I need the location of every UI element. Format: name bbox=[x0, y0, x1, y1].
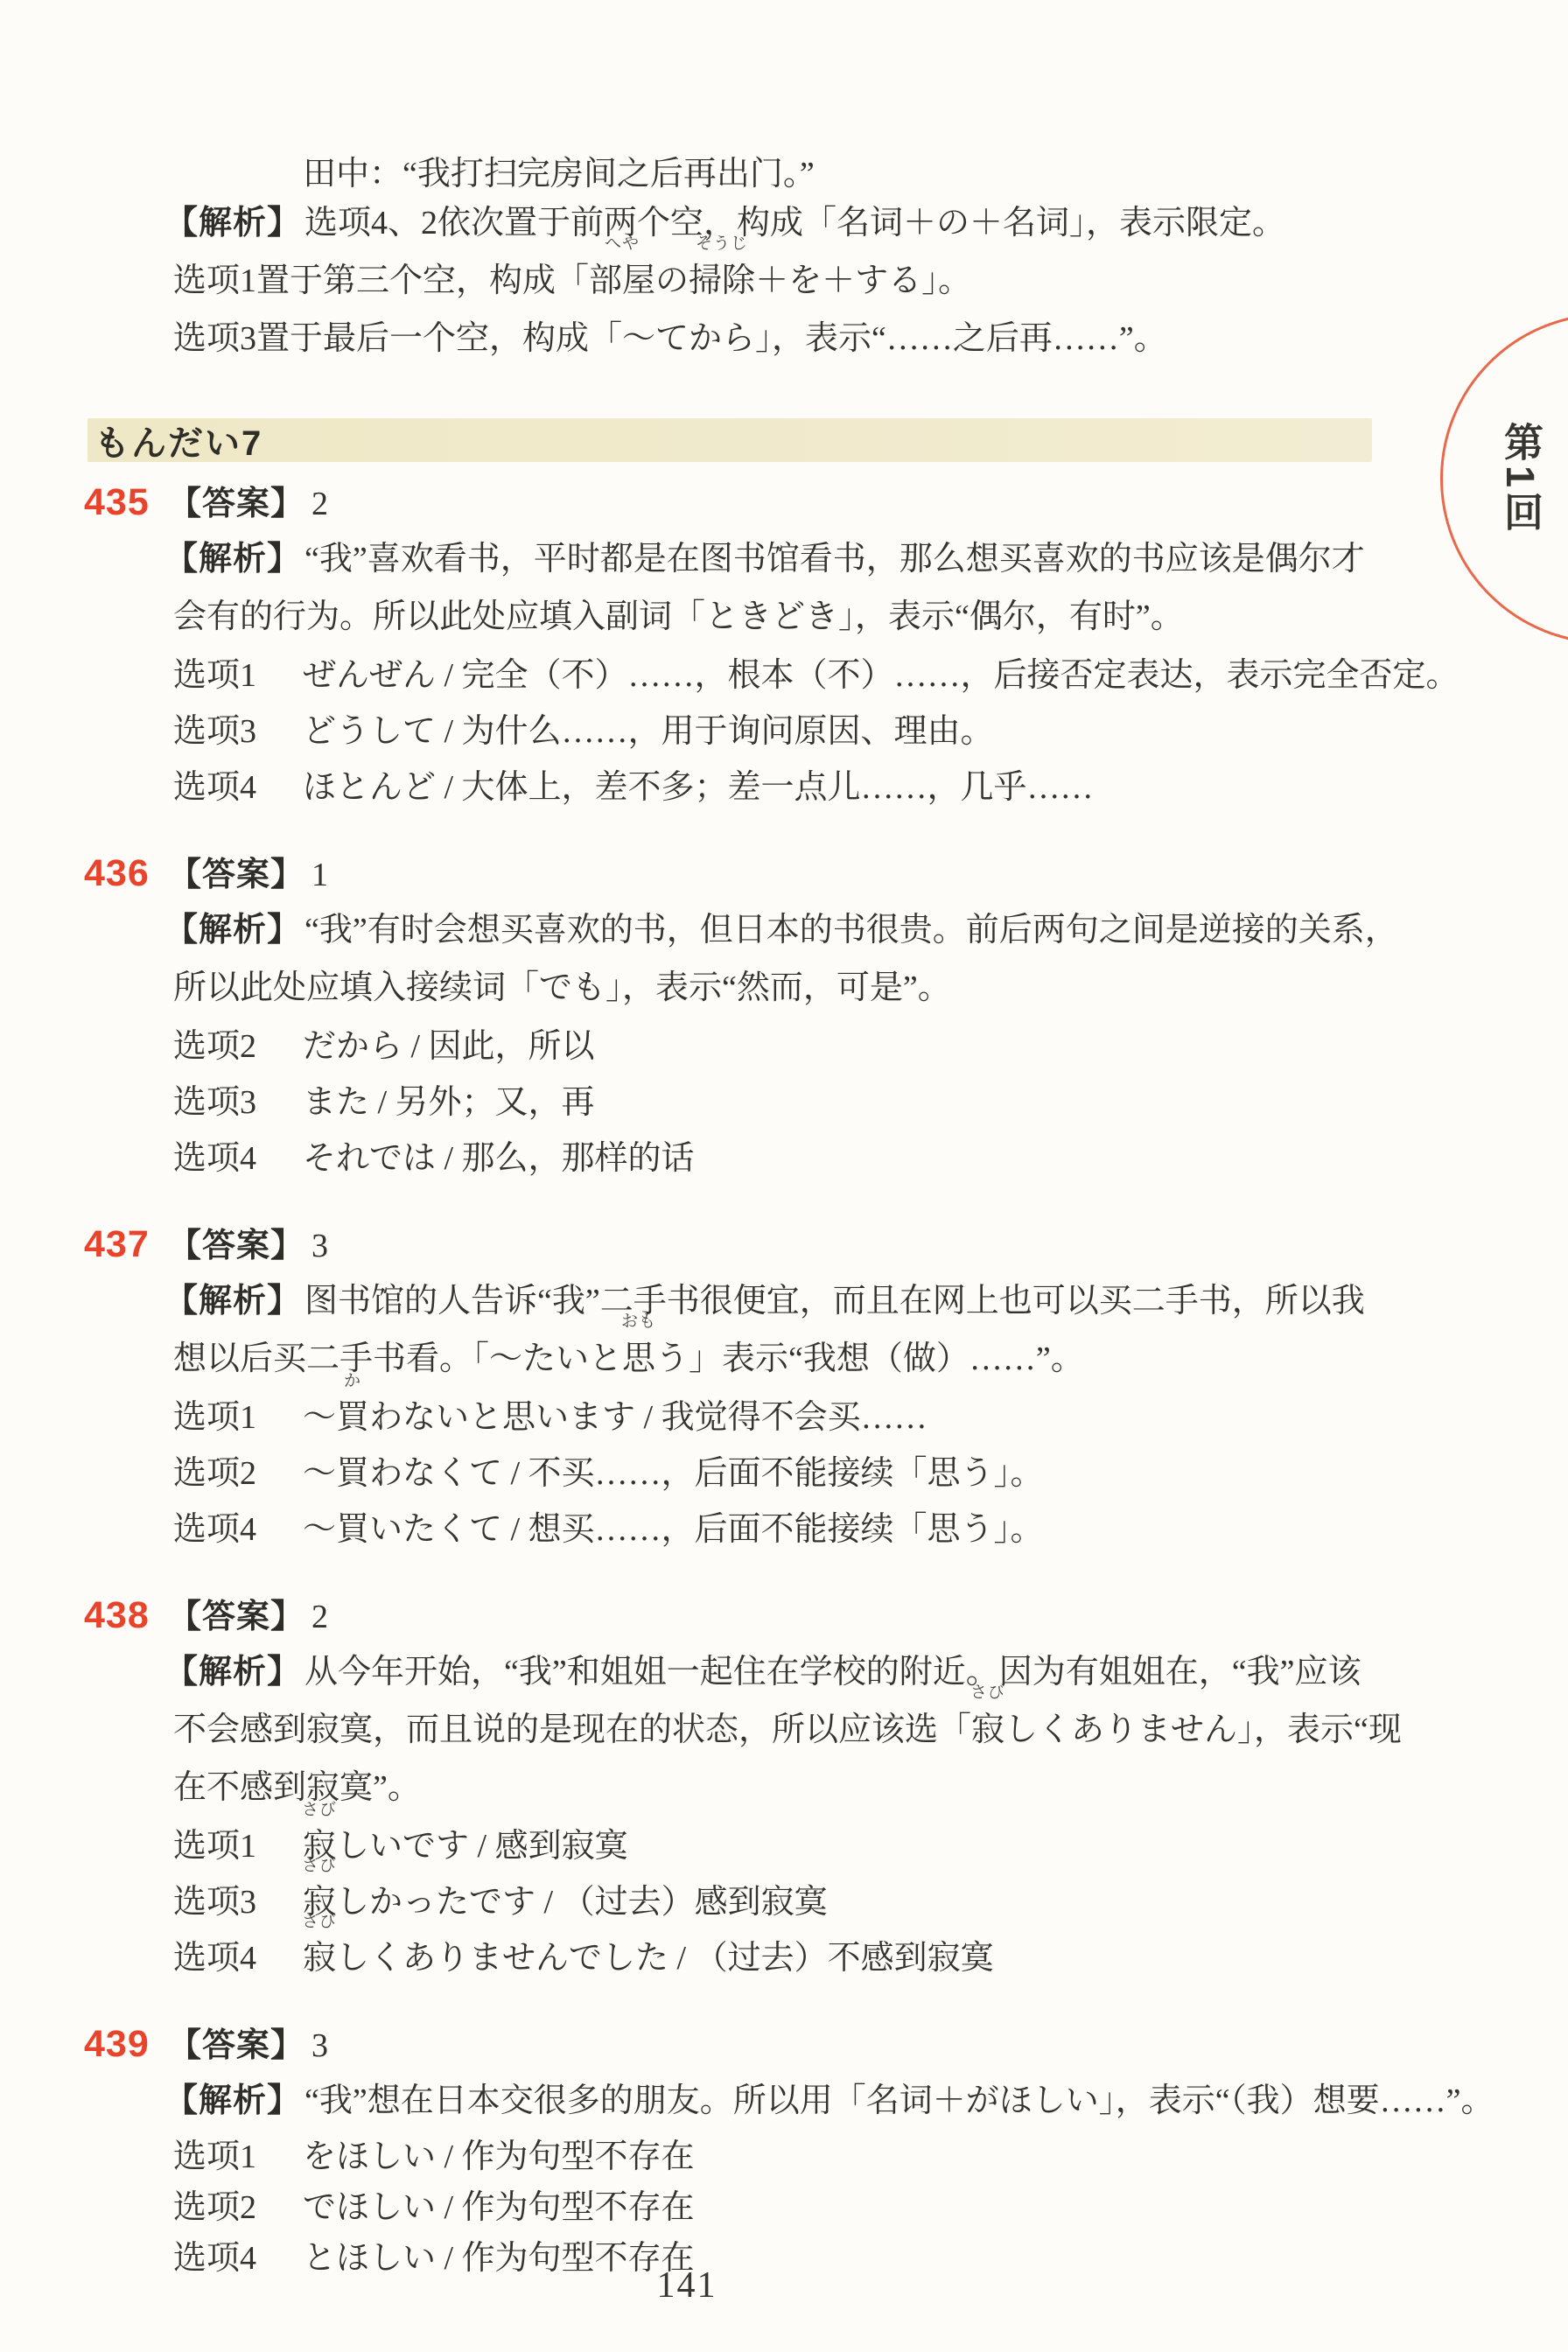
option-label: 选项2 bbox=[173, 1445, 303, 1501]
answer-value: 2 bbox=[311, 1599, 328, 1635]
answer-item: 437 【答案】3 【解析】图书馆的人告诉“我”二手书很便宜，而且在网上也可以买… bbox=[87, 1225, 1452, 1557]
answer-row: 439 【答案】3 bbox=[87, 2025, 1452, 2067]
analysis-line: 选项1置于第三个空，构成「部屋へやの掃除そうじ＋を＋する」。 bbox=[87, 252, 1452, 310]
analysis-line: 【解析】选项4、2依次置于前两个空，构成「名词＋の＋名词」，表示限定。 bbox=[87, 194, 1452, 252]
analysis-block: 【解析】从今年开始，“我”和姐姐一起住在学校的附近。因为有姐姐在，“我”应该不会… bbox=[87, 1643, 1452, 1816]
option-row: 选项2だから / 因此，所以 bbox=[87, 1018, 1452, 1074]
option-text: どうして / 为什么……，用于询问原因、理由。 bbox=[303, 713, 994, 750]
answer-row: 436 【答案】1 bbox=[87, 854, 1452, 896]
analysis-line: 会有的行为。所以此处应填入副词「ときどき」，表示“偶尔，有时”。 bbox=[87, 588, 1452, 646]
option-label: 选项1 bbox=[173, 647, 303, 703]
furigana: さび bbox=[302, 1802, 337, 1818]
answer-label: 【答案】 bbox=[168, 1228, 304, 1264]
option-label: 选项2 bbox=[173, 1018, 303, 1074]
analysis-line: 【解析】“我”想在日本交很多的朋友。所以用「名词＋がほしい」，表示“（我）想要…… bbox=[87, 2072, 1452, 2130]
options-block: 选项1寂さびしいです / 感到寂寞选项3寂さびしかったです / （过去）感到寂寞… bbox=[87, 1818, 1452, 1986]
page-number: 141 bbox=[0, 2264, 1374, 2306]
answer-label: 【答案】 bbox=[168, 1599, 304, 1635]
ruby-base: 思おも bbox=[622, 1330, 655, 1388]
analysis-block: 【解析】“我”有时会想买喜欢的书，但日本的书很贵。前后两句之间是逆接的关系，所以… bbox=[87, 901, 1452, 1017]
answer-item: 436 【答案】1 【解析】“我”有时会想买喜欢的书，但日本的书很贵。前后两句之… bbox=[87, 854, 1452, 1186]
intro-analysis: 【解析】选项4、2依次置于前两个空，构成「名词＋の＋名词」，表示限定。选项1置于… bbox=[87, 194, 1452, 367]
option-row: 选项1～買かわないと思います / 我觉得不会买…… bbox=[87, 1389, 1452, 1445]
option-row: 选项4ほとんど / 大体上，差不多；差一点儿……，几乎…… bbox=[87, 759, 1452, 815]
ruby-base: 買か bbox=[336, 1389, 369, 1445]
analysis-block: 【解析】图书馆的人告诉“我”二手书很便宜，而且在网上也可以买二手书，所以我想以后… bbox=[87, 1272, 1452, 1388]
options-block: 选项2だから / 因此，所以选项3また / 另外；又，再选项4それでは / 那么… bbox=[87, 1018, 1452, 1186]
option-label: 选项4 bbox=[173, 1130, 303, 1186]
option-text: でほしい / 作为句型不存在 bbox=[303, 2189, 695, 2226]
furigana: さび bbox=[970, 1684, 1005, 1701]
analysis-line: 不会感到寂寞，而且说的是现在的状态，所以应该选「寂さびしくありません」，表示“现 bbox=[87, 1701, 1452, 1759]
option-row: 选项2～買わなくて / 不买……，后面不能接续「思う」。 bbox=[87, 1445, 1452, 1501]
analysis-block: 【解析】“我”喜欢看书，平时都是在图书馆看书，那么想买喜欢的书应该是偶尔才会有的… bbox=[87, 530, 1452, 646]
option-text: また / 另外；又，再 bbox=[303, 1084, 595, 1121]
section-header-bar: もんだい7 bbox=[87, 418, 1372, 462]
options-block: 选项1をほしい / 作为句型不存在选项2でほしい / 作为句型不存在选项4とほし… bbox=[87, 2131, 1452, 2284]
analysis-line: 在不感到寂寞”。 bbox=[87, 1759, 1452, 1816]
option-row: 选项1ぜんぜん / 完全（不）……，根本（不）……，后接否定表达，表示完全否定。 bbox=[87, 647, 1452, 703]
item-number: 437 bbox=[84, 1223, 150, 1265]
page-content: 田中：“我打扫完房间之后再出门。” 【解析】选项4、2依次置于前两个空，构成「名… bbox=[0, 154, 1452, 2284]
answer-value: 2 bbox=[311, 486, 328, 522]
analysis-label: 【解析】 bbox=[164, 1283, 301, 1319]
option-row: 选项1をほしい / 作为句型不存在 bbox=[87, 2131, 1452, 2182]
option-text: ～買いたくて / 想买……，后面不能接续「思う」。 bbox=[303, 1511, 1044, 1548]
analysis-label: 【解析】 bbox=[164, 2082, 301, 2119]
analysis-line: 想以后买二手书看。「～たいと思おもう」表示“我想（做）……”。 bbox=[87, 1330, 1452, 1388]
option-text: ぜんぜん / 完全（不）……，根本（不）……，后接否定表达，表示完全否定。 bbox=[303, 657, 1459, 694]
analysis-line: 【解析】“我”喜欢看书，平时都是在图书馆看书，那么想买喜欢的书应该是偶尔才 bbox=[87, 530, 1452, 588]
analysis-line: 【解析】从今年开始，“我”和姐姐一起住在学校的附近。因为有姐姐在，“我”应该 bbox=[87, 1643, 1452, 1701]
option-row: 选项4それでは / 那么，那样的话 bbox=[87, 1130, 1452, 1186]
option-row: 选项4寂さびしくありませんでした / （过去）不感到寂寞 bbox=[87, 1930, 1452, 1986]
analysis-line: 【解析】“我”有时会想买喜欢的书，但日本的书很贵。前后两句之间是逆接的关系， bbox=[87, 901, 1452, 959]
option-text: 寂さびしかったです / （过去）感到寂寞 bbox=[303, 1884, 828, 1921]
ruby-base: 寂さび bbox=[303, 1930, 336, 1986]
option-text: 寂さびしくありませんでした / （过去）不感到寂寞 bbox=[303, 1940, 994, 1977]
option-label: 选项2 bbox=[173, 2182, 303, 2233]
option-label: 选项4 bbox=[173, 1930, 303, 1986]
furigana: へや bbox=[605, 235, 640, 252]
furigana: さび bbox=[302, 1914, 337, 1930]
book-page: 田中：“我打扫完房间之后再出门。” 【解析】选项4、2依次置于前两个空，构成「名… bbox=[0, 0, 1568, 2352]
item-number: 436 bbox=[84, 852, 150, 894]
intro-block: 田中：“我打扫完房间之后再出门。” 【解析】选项4、2依次置于前两个空，构成「名… bbox=[87, 154, 1452, 367]
dialogue-line: 田中：“我打扫完房间之后再出门。” bbox=[87, 154, 1452, 194]
option-label: 选项4 bbox=[173, 759, 303, 815]
option-row: 选项2でほしい / 作为句型不存在 bbox=[87, 2182, 1452, 2233]
option-text: ほとんど / 大体上，差不多；差一点儿……，几乎…… bbox=[303, 769, 1094, 806]
answer-value: 3 bbox=[311, 2027, 328, 2064]
option-text: ～買わなくて / 不买……，后面不能接续「思う」。 bbox=[303, 1455, 1044, 1492]
furigana: さび bbox=[302, 1858, 337, 1874]
answer-item: 439 【答案】3 【解析】“我”想在日本交很多的朋友。所以用「名词＋がほしい」… bbox=[87, 2025, 1452, 2284]
ruby-base: 部屋へや bbox=[589, 252, 655, 310]
ruby-base: 掃除そうじ bbox=[689, 252, 755, 310]
analysis-block: 【解析】“我”想在日本交很多的朋友。所以用「名词＋がほしい」，表示“（我）想要…… bbox=[87, 2072, 1452, 2130]
analysis-label: 【解析】 bbox=[164, 205, 301, 241]
section-title: もんだい7 bbox=[87, 416, 262, 465]
options-block: 选项1ぜんぜん / 完全（不）……，根本（不）……，后接否定表达，表示完全否定。… bbox=[87, 647, 1452, 815]
answer-row: 438 【答案】2 bbox=[87, 1596, 1452, 1638]
answer-value: 3 bbox=[311, 1228, 328, 1264]
option-label: 选项3 bbox=[173, 703, 303, 759]
answer-items-list: 435 【答案】2 【解析】“我”喜欢看书，平时都是在图书馆看书，那么想买喜欢的… bbox=[87, 483, 1452, 2284]
answer-row: 437 【答案】3 bbox=[87, 1225, 1452, 1267]
furigana: そうじ bbox=[696, 235, 748, 252]
option-row: 选项3寂さびしかったです / （过去）感到寂寞 bbox=[87, 1874, 1452, 1930]
option-row: 选项3どうして / 为什么……，用于询问原因、理由。 bbox=[87, 703, 1452, 759]
option-text: だから / 因此，所以 bbox=[303, 1028, 595, 1065]
option-label: 选项1 bbox=[173, 1389, 303, 1445]
analysis-label: 【解析】 bbox=[164, 1654, 301, 1690]
option-label: 选项1 bbox=[173, 2131, 303, 2182]
item-number: 438 bbox=[84, 1594, 150, 1636]
option-text: をほしい / 作为句型不存在 bbox=[303, 2138, 695, 2175]
answer-label: 【答案】 bbox=[168, 486, 304, 522]
option-label: 选项3 bbox=[173, 1074, 303, 1130]
item-number: 435 bbox=[84, 481, 150, 523]
answer-label: 【答案】 bbox=[168, 2027, 304, 2064]
analysis-label: 【解析】 bbox=[164, 541, 301, 577]
answer-item: 438 【答案】2 【解析】从今年开始，“我”和姐姐一起住在学校的附近。因为有姐… bbox=[87, 1596, 1452, 1986]
analysis-line: 【解析】图书馆的人告诉“我”二手书很便宜，而且在网上也可以买二手书，所以我 bbox=[87, 1272, 1452, 1330]
option-text: それでは / 那么，那样的话 bbox=[303, 1140, 695, 1177]
options-block: 选项1～買かわないと思います / 我觉得不会买……选项2～買わなくて / 不买…… bbox=[87, 1389, 1452, 1557]
analysis-label: 【解析】 bbox=[164, 912, 301, 948]
option-text: 寂さびしいです / 感到寂寞 bbox=[303, 1828, 628, 1865]
option-row: 选项4～買いたくて / 想买……，后面不能接续「思う」。 bbox=[87, 1501, 1452, 1557]
option-text: ～買かわないと思います / 我觉得不会买…… bbox=[303, 1399, 927, 1436]
option-label: 选项3 bbox=[173, 1874, 303, 1930]
answer-label: 【答案】 bbox=[168, 857, 304, 893]
furigana: おも bbox=[621, 1313, 656, 1330]
answer-value: 1 bbox=[311, 857, 328, 893]
furigana: か bbox=[344, 1373, 361, 1389]
analysis-line: 所以此处应填入接续词「でも」，表示“然而，可是”。 bbox=[87, 959, 1452, 1017]
item-number: 439 bbox=[84, 2023, 150, 2065]
analysis-line: 选项3置于最后一个空，构成「～てから」，表示“……之后再……”。 bbox=[87, 310, 1452, 367]
option-row: 选项1寂さびしいです / 感到寂寞 bbox=[87, 1818, 1452, 1874]
round-number-badge: 第1回 bbox=[1440, 313, 1568, 644]
answer-item: 435 【答案】2 【解析】“我”喜欢看书，平时都是在图书馆看书，那么想买喜欢的… bbox=[87, 483, 1452, 815]
answer-row: 435 【答案】2 bbox=[87, 483, 1452, 525]
option-row: 选项3また / 另外；又，再 bbox=[87, 1074, 1452, 1130]
ruby-base: 寂さび bbox=[971, 1701, 1004, 1759]
round-number-label: 第1回 bbox=[1492, 422, 1549, 535]
option-label: 选项1 bbox=[173, 1818, 303, 1874]
option-label: 选项4 bbox=[173, 1501, 303, 1557]
